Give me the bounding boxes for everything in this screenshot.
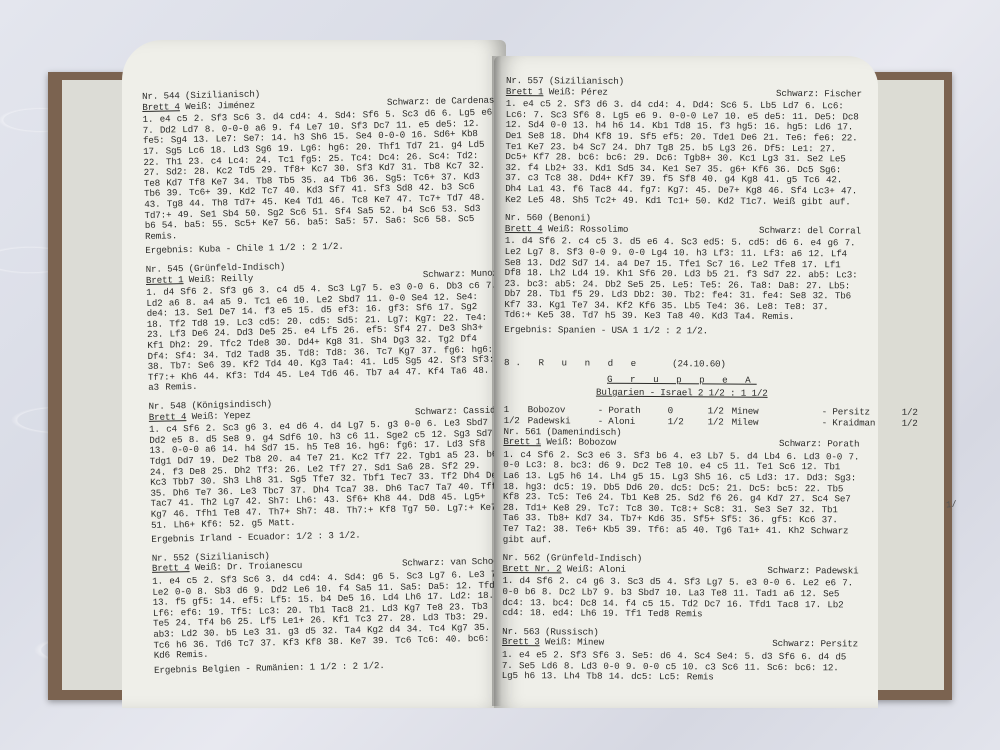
white-player: Weiß: Rossolimo — [548, 223, 629, 235]
round-label: 8. R u n d e — [504, 358, 642, 370]
game-552: Nr. 552 (Sizilianisch) Brett 4 Weiß: Dr.… — [152, 546, 506, 676]
white-player: Weiß: Pérez — [549, 86, 608, 97]
right-page-content: Nr. 557 (Sizilianisch) Brett 1 Weiß: Pér… — [502, 76, 862, 692]
white-player: Weiß: Jiménez — [185, 99, 255, 111]
black-player: Schwarz: Porath — [779, 439, 860, 450]
black-player: Schwarz: Munoz — [423, 268, 498, 280]
board-label: Brett 4 — [142, 101, 180, 113]
white-player: Weiß: Reilly — [189, 272, 254, 284]
black-player: Schwarz: de Cardenas — [387, 95, 494, 108]
game-563: Nr. 563 (Russisch) Brett 3 Weiß: Minew S… — [502, 627, 858, 684]
pairing-score: 1/2 — [708, 417, 732, 428]
left-page: Nr. 544 (Sizilianisch) Brett 4 Weiß: Jim… — [122, 40, 506, 708]
match-title: Bulgarien - Israel 2 1/2 : 1 1/2 — [504, 387, 860, 400]
left-page-content: Nr. 544 (Sizilianisch) Brett 4 Weiß: Jim… — [142, 85, 506, 685]
black-player: Schwarz: van Schoor — [402, 557, 504, 570]
margin-note: 1/ — [946, 500, 958, 511]
pairing-score: 1/2 — [668, 417, 708, 428]
black-player: Schwarz: Fischer — [776, 88, 862, 99]
white-player: Weiß: Bobozow — [546, 437, 616, 448]
game-moves: 1. e4 c5 2. Sf3 Sc6 3. d4 cd4: 4. Sd4: g… — [152, 569, 506, 661]
black-player: Schwarz: Padewski — [767, 566, 858, 577]
right-page: Nr. 557 (Sizilianisch) Brett 1 Weiß: Pér… — [494, 56, 878, 708]
game-moves: 1. e4 e5 2. Sf3 Sf6 3. Se5: d6 4. Sc4 Se… — [502, 650, 858, 684]
board-label: Brett Nr. 2 — [503, 563, 562, 574]
book-gutter-shadow — [492, 56, 508, 706]
pairing-black: - Kraidman — [822, 418, 902, 429]
round-date: (24.10.60) — [672, 359, 726, 370]
match-result: Ergebnis Belgien - Rumänien: 1 1/2 : 2 1… — [154, 658, 506, 676]
board-label: Brett 1 — [503, 436, 541, 447]
white-player: Weiß: Dr. Troianescu — [195, 560, 302, 573]
game-moves: 1. c4 Sf6 2. Sc3 e6 3. Sf3 b6 4. e3 Lb7 … — [503, 450, 860, 548]
game-moves: 1. d4 Sf6 2. c4 c5 3. d5 e6 4. Sc3 ed5: … — [504, 236, 861, 323]
black-player: Schwarz: Cassidy — [415, 405, 501, 417]
game-moves: 1. e4 c5 2. Sf3 Sc6 3. d4 cd4: 4. Sd4: S… — [142, 108, 497, 242]
group-title: G r u p p e A — [504, 374, 860, 387]
right-page-stack — [872, 80, 944, 690]
white-player: Weiß: Yepez — [192, 409, 251, 421]
game-moves: 1. d4 Sf6 2. c4 g6 3. Sc3 d5 4. Sf3 Lg7 … — [502, 576, 858, 621]
pairing-score: 1/2 — [902, 419, 922, 430]
game-moves: 1. e4 c5 2. Sf3 d6 3. d4 cd4: 4. Dd4: Sc… — [505, 99, 862, 207]
game-561: Nr. 561 (Damenindisch) Brett 1 Weiß: Bob… — [503, 427, 860, 548]
board-label: Brett 4 — [152, 562, 190, 574]
board-label: Brett 1 — [146, 274, 184, 286]
black-player: Schwarz: Persitz — [772, 639, 858, 650]
white-player: Weiß: Aloni — [567, 563, 626, 574]
board-label: Brett 4 — [149, 411, 187, 423]
game-moves: 1. c4 Sf6 2. Sc3 g6 3. e4 d6 4. d4 Lg7 5… — [149, 418, 503, 531]
match-result: Ergebnis Irland - Ecuador: 1/2 : 3 1/2. — [151, 528, 503, 546]
board-label: Brett 4 — [505, 223, 543, 234]
white-player: Weiß: Minew — [545, 637, 604, 648]
board-label: Brett 1 — [506, 86, 544, 97]
game-moves: 1. d4 Sf6 2. Sf3 g6 3. c4 d5 4. Sc3 Lg7 … — [146, 281, 500, 394]
match-result: Ergebnis: Kuba - Chile 1 1/2 : 2 1/2. — [145, 239, 497, 257]
match-result: Ergebnis: Spanien - USA 1 1/2 : 2 1/2. — [504, 325, 860, 338]
game-544: Nr. 544 (Sizilianisch) Brett 4 Weiß: Jim… — [142, 85, 497, 257]
game-560: Nr. 560 (Benoni) Brett 4 Weiß: Rossolimo… — [504, 213, 861, 338]
game-562: Nr. 562 (Grünfeld-Indisch) Brett Nr. 2 W… — [502, 553, 858, 621]
round-section: 8. R u n d e (24.10.60) G r u p p e A Bu… — [504, 358, 860, 429]
black-player: Schwarz: del Corral — [759, 225, 861, 236]
game-548: Nr. 548 (Königsindisch) Brett 4 Weiß: Ye… — [148, 395, 503, 546]
game-557: Nr. 557 (Sizilianisch) Brett 1 Weiß: Pér… — [505, 76, 862, 208]
game-545: Nr. 545 (Grünfeld-Indisch) Brett 1 Weiß:… — [146, 257, 501, 393]
pairing-white: Milew — [732, 418, 822, 429]
